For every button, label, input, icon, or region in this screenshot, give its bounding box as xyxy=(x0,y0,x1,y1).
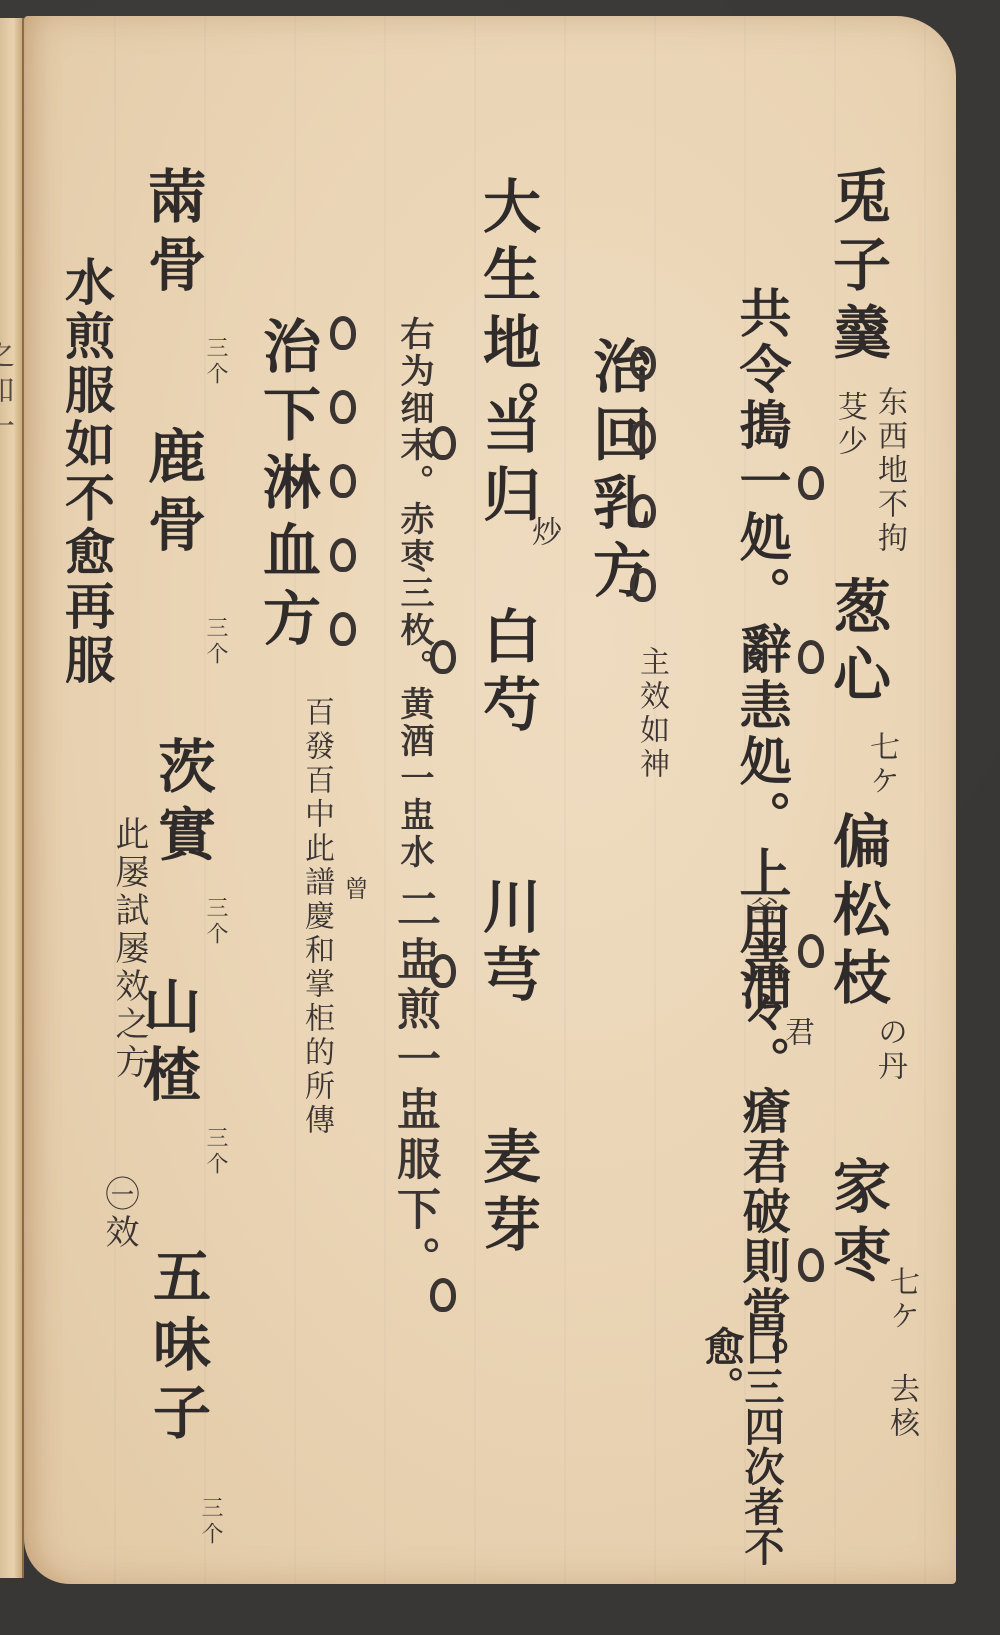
punctuation-circle-icon xyxy=(330,538,356,572)
column-8-note-b: ㊀效 xyxy=(102,1176,136,1252)
column-7-qty-3: 三个 xyxy=(204,896,226,948)
column-4-herb-3: 白芍 xyxy=(478,606,536,742)
column-2-note-a: 爷 xyxy=(746,896,776,930)
column-1-main-3: 偏松枝 xyxy=(828,811,886,1015)
punctuation-circle-icon xyxy=(330,316,356,350)
column-7-qty-4: 三个 xyxy=(204,1126,226,1178)
column-1-note-b: 芟少 xyxy=(834,391,864,459)
punctuation-circle-icon xyxy=(330,464,356,498)
previous-page-edge: 之如一 xyxy=(0,18,24,1578)
punctuation-circle-icon xyxy=(630,346,656,380)
column-1-note-d: の丹 xyxy=(874,1016,904,1084)
punctuation-circle-icon xyxy=(798,640,824,674)
punctuation-circle-icon xyxy=(630,568,656,602)
column-7-qty-5: 三个 xyxy=(199,1496,221,1548)
column-1-main-2: 葱心 xyxy=(828,576,886,712)
column-4-note: 炒 xyxy=(528,516,558,550)
punctuation-circle-icon xyxy=(630,420,656,454)
punctuation-circle-icon xyxy=(430,954,456,988)
manuscript-page: 兎子羹 东西地不拘 芟少 葱心 七ケ 偏松枝 の丹 家枣 七ケ 去核 共令搗一処… xyxy=(24,16,956,1584)
punctuation-circle-icon xyxy=(630,494,656,528)
column-1-note-e: 七ケ 去核 xyxy=(846,1266,916,1441)
punctuation-circle-icon xyxy=(330,390,356,424)
column-1-note-a: 东西地不拘 xyxy=(874,386,904,556)
punctuation-circle-icon xyxy=(430,1278,456,1312)
punctuation-circle-icon xyxy=(330,612,356,646)
column-3-note: 主效如神 xyxy=(636,646,666,782)
column-1-main-1: 兎子羹 xyxy=(823,166,891,370)
column-6-note-b: 曾 xyxy=(342,876,366,904)
column-7-herb-2: 鹿骨 xyxy=(143,426,201,562)
punctuation-marks-col6 xyxy=(330,316,356,646)
column-6-note: 百發百中此譜慶和掌柜的所傳 xyxy=(301,696,331,1138)
punctuation-marks-col5 xyxy=(430,426,456,1312)
column-7-qty-1: 三个 xyxy=(204,336,226,388)
column-5-instructions: 右为细末。赤枣三枚。黄酒一盅水 xyxy=(397,316,431,871)
column-1-title: 兎子羹 xyxy=(828,166,886,370)
column-4-herb-5: 麦芽 xyxy=(478,1126,536,1262)
column-4-herb-2: 当归 xyxy=(478,396,536,532)
column-7-herb-5: 五味子 xyxy=(148,1246,206,1450)
column-8-note: 此屡試屡效之方 xyxy=(112,816,146,1082)
column-8-text: 水煎服如不愈再服 xyxy=(61,256,111,688)
punctuation-circle-icon xyxy=(430,640,456,674)
punctuation-circle-icon xyxy=(798,934,824,968)
column-4-herb-4: 川芎 xyxy=(478,876,536,1012)
column-7-qty-2: 三个 xyxy=(204,616,226,668)
column-6-title: 治下淋血方 xyxy=(258,316,316,656)
column-2-text-c: 口三四次者不愈。 xyxy=(701,1326,781,1584)
column-7-herb-1: 䓣骨 xyxy=(143,166,201,302)
punctuation-circle-icon xyxy=(430,426,456,460)
previous-page-text: 之如一 xyxy=(2,338,18,446)
punctuation-marks-col3 xyxy=(630,346,656,602)
column-2-text-b: 盖々。瘡君破則當。 xyxy=(738,936,786,1386)
punctuation-circle-icon xyxy=(798,466,824,500)
punctuation-circle-icon xyxy=(798,1248,824,1282)
punctuation-marks-col2 xyxy=(798,466,824,1282)
column-1-note-c: 七ケ xyxy=(866,731,896,799)
column-7-herb-3: 茨實 xyxy=(153,736,211,872)
